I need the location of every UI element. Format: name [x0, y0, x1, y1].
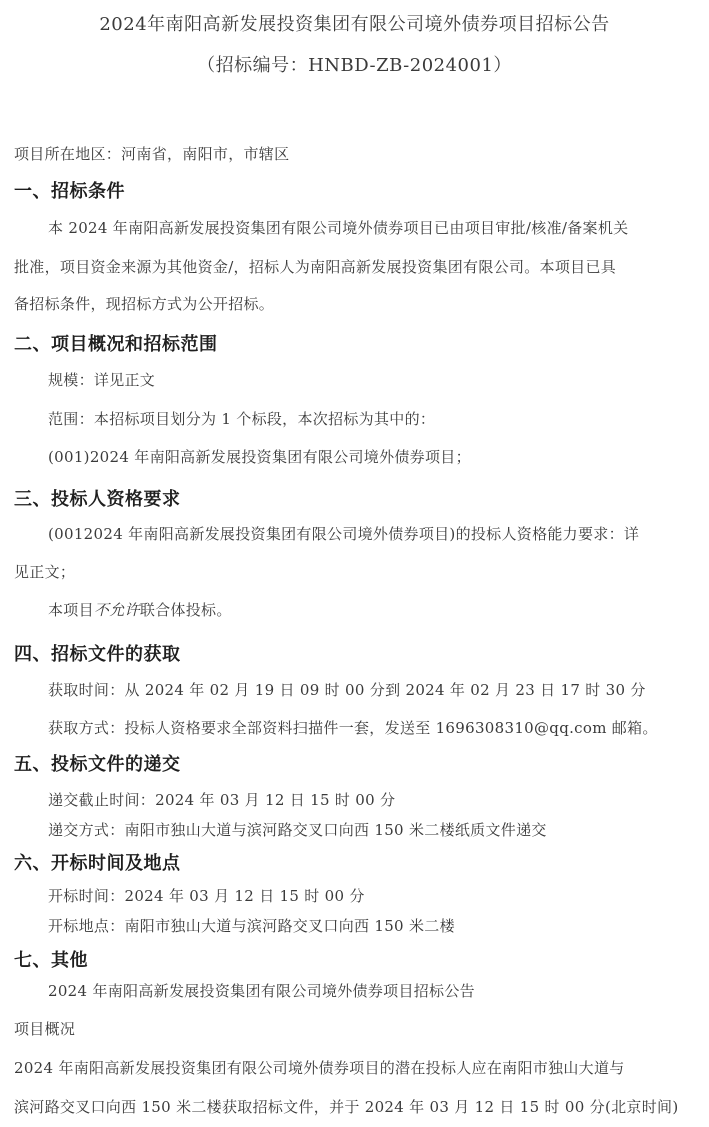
section-7-title: 2024 年南阳高新发展投资集团有限公司境外债券项目招标公告	[48, 980, 475, 1001]
section-7-paragraph-line-1: 2024 年南阳高新发展投资集团有限公司境外债券项目的潜在投标人应在南阳市独山大…	[14, 1057, 625, 1078]
section-6-location: 开标地点：南阳市独山大道与滨河路交叉口向西 150 米二楼	[48, 915, 455, 936]
project-location: 项目所在地区：河南省，南阳市，市辖区	[14, 143, 289, 164]
tender-number: （招标编号：HNBD-ZB-2024001）	[0, 51, 709, 77]
section-2-scale: 规模：详见正文	[48, 369, 155, 390]
section-2-scope: 范围：本招标项目划分为 1 个标段，本次招标为其中的：	[48, 408, 435, 429]
section-6-time: 开标时间：2024 年 03 月 12 日 15 时 00 分	[48, 885, 365, 906]
section-7-paragraph-line-2: 滨河路交叉口向西 150 米二楼获取招标文件，并于 2024 年 03 月 12…	[14, 1096, 678, 1117]
section-heading-other: 七、其他	[14, 946, 88, 972]
section-7-overview-label: 项目概况	[14, 1018, 75, 1039]
section-1-line-2: 批准，项目资金来源为其他资金/，招标人为南阳高新发展投资集团有限公司。本项目已具	[14, 256, 616, 277]
section-heading-tender-conditions: 一、招标条件	[14, 177, 125, 203]
section-1-line-1: 本 2024 年南阳高新发展投资集团有限公司境外债券项目已由项目审批/核准/备案…	[48, 217, 628, 238]
consortium-prefix: 本项目	[48, 601, 94, 619]
tender-announcement-page: 2024年南阳高新发展投资集团有限公司境外债券项目招标公告 （招标编号：HNBD…	[0, 0, 709, 1127]
document-title: 2024年南阳高新发展投资集团有限公司境外债券项目招标公告	[0, 10, 709, 36]
section-4-time: 获取时间：从 2024 年 02 月 19 日 09 时 00 分到 2024 …	[48, 679, 646, 700]
section-heading-project-overview: 二、项目概况和招标范围	[14, 330, 218, 356]
section-1-line-3: 备招标条件，现招标方式为公开招标。	[14, 293, 274, 314]
section-3-line-1: (0012024 年南阳高新发展投资集团有限公司境外债券项目)的投标人资格能力要…	[48, 523, 639, 544]
section-heading-document-acquisition: 四、招标文件的获取	[14, 640, 181, 666]
section-3-line-2: 见正文；	[14, 561, 75, 582]
section-2-lot: (001)2024 年南阳高新发展投资集团有限公司境外债券项目；	[48, 446, 471, 467]
section-4-method: 获取方式：投标人资格要求全部资料扫描件一套，发送至 1696308310@qq.…	[48, 717, 658, 738]
section-5-method: 递交方式：南阳市独山大道与滨河路交叉口向西 150 米二楼纸质文件递交	[48, 819, 547, 840]
consortium-not-allowed: 不允许	[94, 601, 140, 619]
section-heading-bidder-qualification: 三、投标人资格要求	[14, 485, 181, 511]
consortium-suffix: 联合体投标。	[140, 601, 232, 619]
section-3-consortium: 本项目不允许联合体投标。	[48, 599, 232, 620]
section-5-deadline: 递交截止时间：2024 年 03 月 12 日 15 时 00 分	[48, 789, 395, 810]
section-heading-bid-submission: 五、投标文件的递交	[14, 750, 181, 776]
section-heading-bid-opening: 六、开标时间及地点	[14, 849, 181, 875]
